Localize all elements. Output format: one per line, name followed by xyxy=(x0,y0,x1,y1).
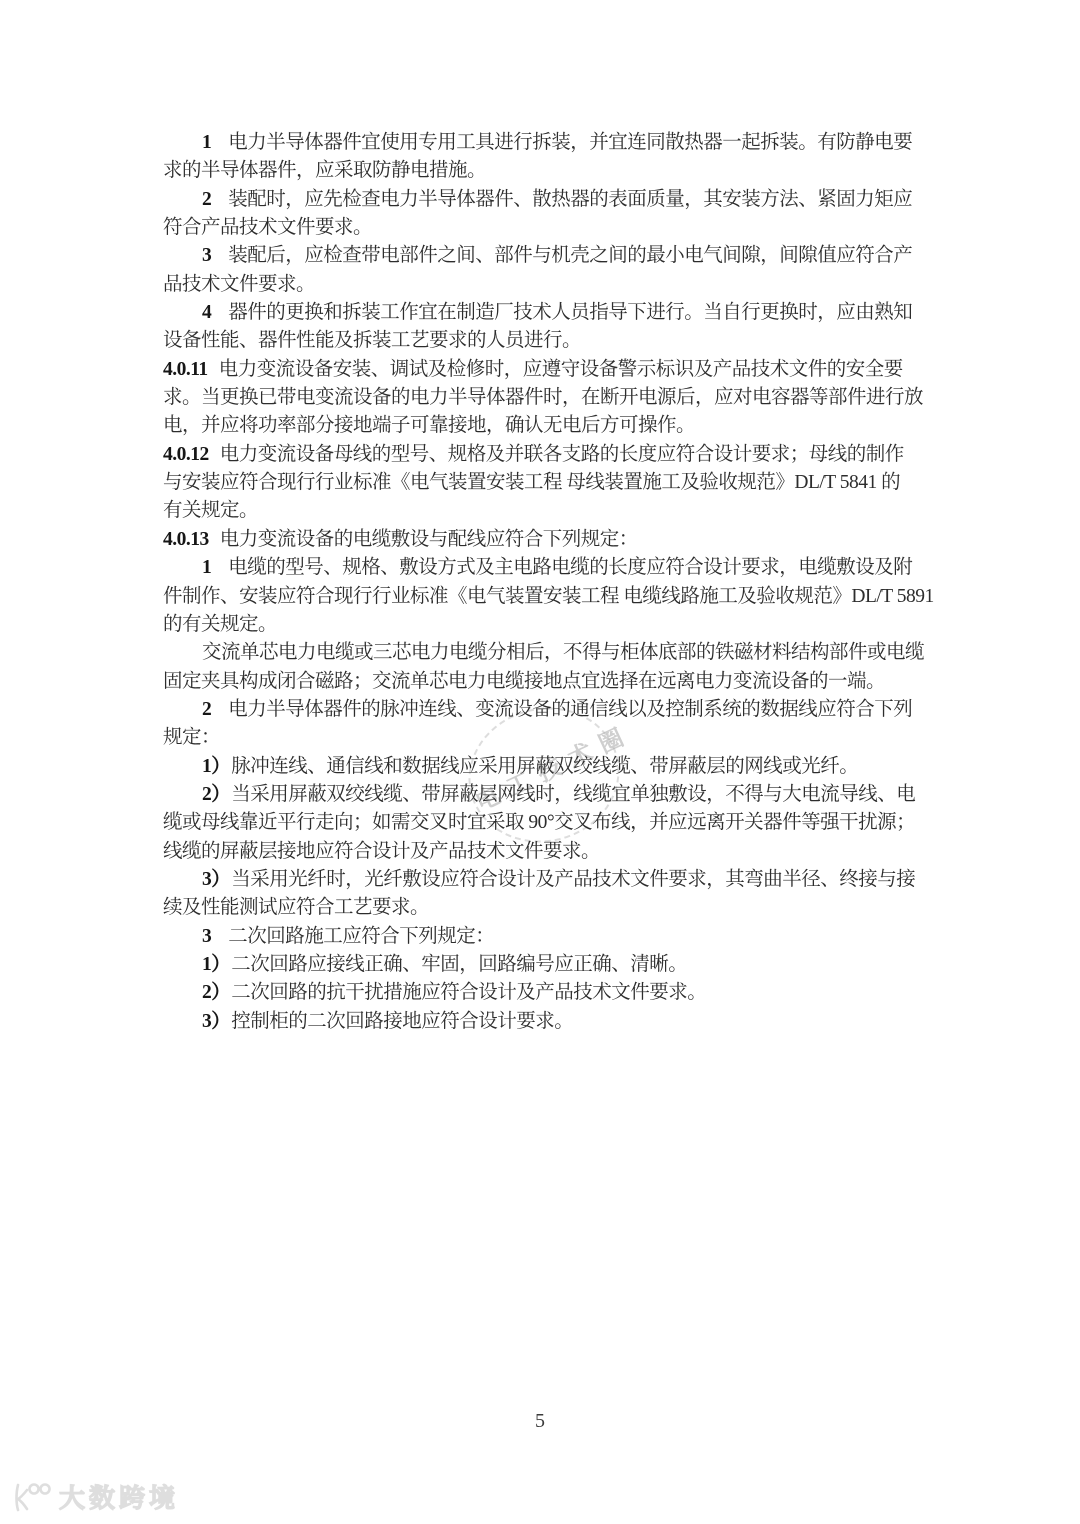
line-text: 器件的更换和拆装工作宜在制造厂技术人员指导下进行。当自行更换时，应由熟知 xyxy=(228,302,912,323)
line-text: 求的半导体器件，应采取防静电措施。 xyxy=(163,160,486,181)
line-text: 当采用屏蔽双绞线缆、带屏蔽层网线时，线缆宜单独敷设，不得与大电流导线、电 xyxy=(231,784,915,805)
line-text: 二次回路施工应符合下列规定： xyxy=(228,926,494,947)
text-line: 1电缆的型号、规格、敷设方式及主电路电缆的长度应符合设计要求，电缆敷设及附 xyxy=(163,554,938,582)
text-line: 缆或母线靠近平行走向；如需交叉时宜采取 90°交叉布线，并应远离开关器件等强干扰… xyxy=(163,809,938,837)
line-text: 线缆的屏蔽层接地应符合设计及产品技术文件要求。 xyxy=(163,841,600,862)
line-text: 装配时，应先检查电力半导体器件、散热器的表面质量，其安装方法、紧固力矩应 xyxy=(228,189,912,210)
line-text: 品技术文件要求。 xyxy=(163,274,315,295)
text-line: 2装配时，应先检查电力半导体器件、散热器的表面质量，其安装方法、紧固力矩应 xyxy=(163,186,938,214)
text-line: 2）二次回路的抗干扰措施应符合设计及产品技术文件要求。 xyxy=(163,979,938,1007)
line-number: 3） xyxy=(202,869,230,890)
line-number: 1 xyxy=(202,557,211,578)
text-line: 2）当采用屏蔽双绞线缆、带屏蔽层网线时，线缆宜单独敷设，不得与大电流导线、电 xyxy=(163,781,938,809)
text-line: 4.0.11电力变流设备安装、调试及检修时，应遵守设备警示标识及产品技术文件的安… xyxy=(163,356,938,384)
line-text: 符合产品技术文件要求。 xyxy=(163,217,372,238)
text-line: 1电力半导体器件宜使用专用工具进行拆装，并宜连同散热器一起拆装。有防静电要 xyxy=(163,129,938,157)
line-text: 的有关规定。 xyxy=(163,614,277,635)
line-number: 2） xyxy=(202,982,230,1003)
text-line: 线缆的屏蔽层接地应符合设计及产品技术文件要求。 xyxy=(163,838,938,866)
text-line: 3装配后，应检查带电部件之间、部件与机壳之间的最小电气间隙，间隙值应符合产 xyxy=(163,242,938,270)
line-text: 续及性能测试应符合工艺要求。 xyxy=(163,897,429,918)
line-number: 2） xyxy=(202,784,230,805)
line-text: 电力变流设备安装、调试及检修时，应遵守设备警示标识及产品技术文件的安全要 xyxy=(219,359,903,380)
text-line: 2电力半导体器件的脉冲连线、变流设备的通信线以及控制系统的数据线应符合下列 xyxy=(163,696,938,724)
line-number: 4 xyxy=(202,302,211,323)
line-number: 2 xyxy=(202,189,211,210)
line-text: 电缆的型号、规格、敷设方式及主电路电缆的长度应符合设计要求，电缆敷设及附 xyxy=(228,557,912,578)
line-number: 1 xyxy=(202,132,211,153)
text-line: 1）脉冲连线、通信线和数据线应采用屏蔽双绞线缆、带屏蔽层的网线或光纤。 xyxy=(163,753,938,781)
line-number: 3） xyxy=(202,1011,230,1032)
line-number: 3 xyxy=(202,245,211,266)
line-number: 1） xyxy=(202,954,230,975)
line-number: 2 xyxy=(202,699,211,720)
text-line: 品技术文件要求。 xyxy=(163,271,938,299)
text-line: 电，并应将功率部分接地端子可靠接地，确认无电后方可操作。 xyxy=(163,412,938,440)
line-text: 控制柜的二次回路接地应符合设计要求。 xyxy=(231,1011,573,1032)
line-text: 固定夹具构成闭合磁路；交流单芯电力电缆接地点宜选择在远离电力变流设备的一端。 xyxy=(163,671,885,692)
line-text: 电力变流设备的电缆敷设与配线应符合下列规定： xyxy=(220,529,638,550)
line-text: 电力半导体器件的脉冲连线、变流设备的通信线以及控制系统的数据线应符合下列 xyxy=(228,699,912,720)
text-line: 交流单芯电力电缆或三芯电力电缆分相后，不得与柜体底部的铁磁材料结构部件或电缆 xyxy=(163,639,938,667)
koo-logo-icon xyxy=(12,1481,52,1513)
line-text: 交流单芯电力电缆或三芯电力电缆分相后，不得与柜体底部的铁磁材料结构部件或电缆 xyxy=(202,642,924,663)
brand-watermark-text: 大数跨境 xyxy=(59,1478,179,1515)
line-number: 4.0.12 xyxy=(163,444,209,465)
line-text: 电力半导体器件宜使用专用工具进行拆装，并宜连同散热器一起拆装。有防静电要 xyxy=(228,132,912,153)
line-text: 求。当更换已带电变流设备的电力半导体器件时，在断开电源后，应对电容器等部件进行放 xyxy=(163,387,923,408)
text-line: 3）控制柜的二次回路接地应符合设计要求。 xyxy=(163,1008,938,1036)
brand-watermark: 大数跨境 xyxy=(12,1478,179,1515)
line-number: 4.0.13 xyxy=(163,529,209,550)
text-line: 符合产品技术文件要求。 xyxy=(163,214,938,242)
line-text: 电力变流设备母线的型号、规格及并联各支路的长度应符合设计要求；母线的制作 xyxy=(220,444,904,465)
text-line: 件制作、安装应符合现行行业标准《电气装置安装工程 电缆线路施工及验收规范》DL/… xyxy=(163,583,938,611)
text-line: 求。当更换已带电变流设备的电力半导体器件时，在断开电源后，应对电容器等部件进行放 xyxy=(163,384,938,412)
text-line: 固定夹具构成闭合磁路；交流单芯电力电缆接地点宜选择在远离电力变流设备的一端。 xyxy=(163,668,938,696)
text-line: 4.0.12电力变流设备母线的型号、规格及并联各支路的长度应符合设计要求；母线的… xyxy=(163,441,938,469)
text-line: 与安装应符合现行行业标准《电气装置安装工程 母线装置施工及验收规范》DL/T 5… xyxy=(163,469,938,497)
text-line: 求的半导体器件，应采取防静电措施。 xyxy=(163,157,938,185)
line-number: 3 xyxy=(202,926,211,947)
text-line: 规定： xyxy=(163,724,938,752)
text-line: 4器件的更换和拆装工作宜在制造厂技术人员指导下进行。当自行更换时，应由熟知 xyxy=(163,299,938,327)
line-text: 缆或母线靠近平行走向；如需交叉时宜采取 90°交叉布线，并应远离开关器件等强干扰… xyxy=(163,812,915,833)
line-text: 二次回路应接线正确、牢固，回路编号应正确、清晰。 xyxy=(231,954,687,975)
text-line: 3二次回路施工应符合下列规定： xyxy=(163,923,938,951)
line-text: 规定： xyxy=(163,727,220,748)
document-text: 1电力半导体器件宜使用专用工具进行拆装，并宜连同散热器一起拆装。有防静电要求的半… xyxy=(163,129,938,1036)
line-text: 电，并应将功率部分接地端子可靠接地，确认无电后方可操作。 xyxy=(163,415,695,436)
line-text: 件制作、安装应符合现行行业标准《电气装置安装工程 电缆线路施工及验收规范》DL/… xyxy=(163,586,934,607)
page-number: 5 xyxy=(0,1410,1080,1433)
text-line: 续及性能测试应符合工艺要求。 xyxy=(163,894,938,922)
line-text: 当采用光纤时，光纤敷设应符合设计及产品技术文件要求，其弯曲半径、终接与接 xyxy=(231,869,915,890)
text-line: 有关规定。 xyxy=(163,497,938,525)
text-line: 1）二次回路应接线正确、牢固，回路编号应正确、清晰。 xyxy=(163,951,938,979)
line-text: 与安装应符合现行行业标准《电气装置安装工程 母线装置施工及验收规范》DL/T 5… xyxy=(163,472,900,493)
line-text: 二次回路的抗干扰措施应符合设计及产品技术文件要求。 xyxy=(231,982,706,1003)
text-line: 的有关规定。 xyxy=(163,611,938,639)
text-line: 设备性能、器件性能及拆装工艺要求的人员进行。 xyxy=(163,327,938,355)
line-text: 脉冲连线、通信线和数据线应采用屏蔽双绞线缆、带屏蔽层的网线或光纤。 xyxy=(231,756,858,777)
line-number: 4.0.11 xyxy=(163,359,208,380)
line-text: 装配后，应检查带电部件之间、部件与机壳之间的最小电气间隙，间隙值应符合产 xyxy=(228,245,912,266)
text-line: 3）当采用光纤时，光纤敷设应符合设计及产品技术文件要求，其弯曲半径、终接与接 xyxy=(163,866,938,894)
text-line: 4.0.13电力变流设备的电缆敷设与配线应符合下列规定： xyxy=(163,526,938,554)
line-text: 有关规定。 xyxy=(163,500,258,521)
line-text: 设备性能、器件性能及拆装工艺要求的人员进行。 xyxy=(163,330,581,351)
line-number: 1） xyxy=(202,756,230,777)
